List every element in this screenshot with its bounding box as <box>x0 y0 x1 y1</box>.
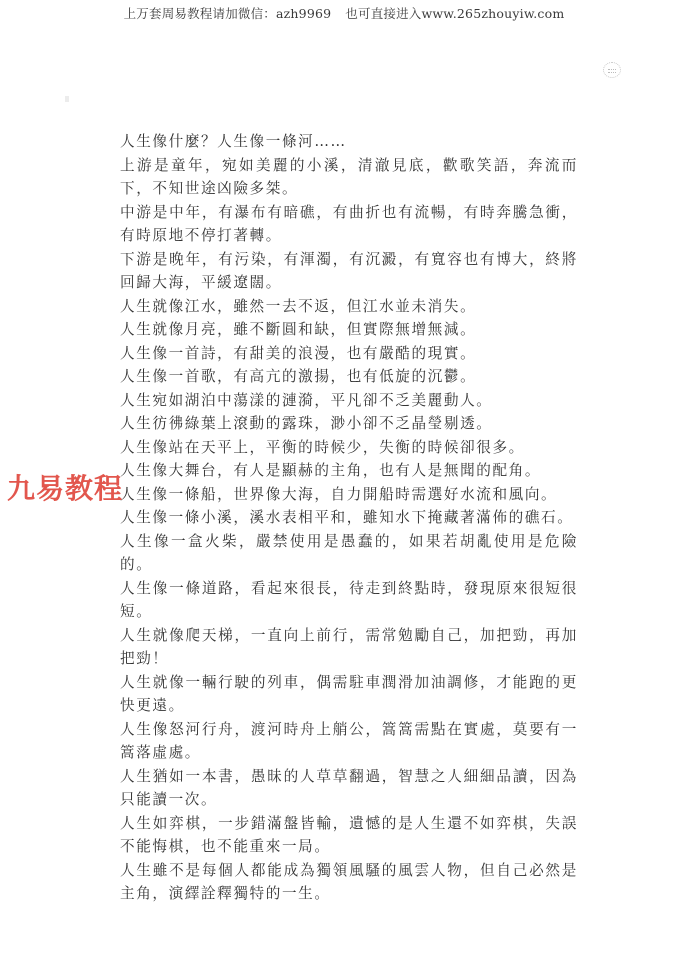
document-body: 人生像什麼？人生像一條河…… 上游是童年，宛如美麗的小溪，清澈見底，歡歌笑語，奔… <box>120 130 578 906</box>
paragraph: 人生就像江水，雖然一去不返，但江水並未消失。 <box>120 295 578 319</box>
paragraph: 人生彷彿綠葉上滾動的露珠，渺小卻不乏晶瑩剔透。 <box>120 412 578 436</box>
paragraph: 人生就像一輛行駛的列車，偶需駐車潤滑加油調修，才能跑的更快更遠。 <box>120 671 578 718</box>
paragraph: 人生猶如一本書，愚昧的人草草翻過，智慧之人細細品讀，因為只能讀一次。 <box>120 765 578 812</box>
paragraph: 人生宛如湖泊中蕩漾的漣漪，平凡卻不乏美麗動人。 <box>120 389 578 413</box>
paragraph: 中游是中年，有瀑布有暗礁，有曲折也有流暢，有時奔騰急衝，有時原地不停打著轉。 <box>120 201 578 248</box>
paragraph: 人生像怒河行舟，渡河時舟上艄公，篙篙需點在實處，莫要有一篙落虛處。 <box>120 718 578 765</box>
paragraph: 人生像一首歌，有高亢的激揚，也有低旋的沉鬱。 <box>120 365 578 389</box>
paragraph: 人生雖不是每個人都能成為獨領風騷的風雲人物，但自己必然是主角，演繹詮釋獨特的一生… <box>120 859 578 906</box>
paragraph: 人生像大舞台，有人是顯赫的主角，也有人是無聞的配角。 <box>120 459 578 483</box>
promo-website-link[interactable]: 也可直接进入www.265zhouyiw.com <box>345 6 564 21</box>
paragraph: 人生像站在天平上，平衡的時候少，失衡的時候卻很多。 <box>120 436 578 460</box>
watermark-logo: 九易教程 <box>7 473 123 505</box>
scan-artifact <box>65 96 69 102</box>
seal-stamp-icon <box>603 62 621 78</box>
paragraph: 下游是晚年，有污染，有渾濁，有沉澱，有寬容也有博大，終將回歸大海，平緩遼闊。 <box>120 248 578 295</box>
paragraph: 人生就像月亮，雖不斷圓和缺，但實際無增無減。 <box>120 318 578 342</box>
paragraph: 人生像一首詩，有甜美的浪漫，也有嚴酷的現實。 <box>120 342 578 366</box>
paragraph: 人生像一盒火柴，嚴禁使用是愚蠢的，如果若胡亂使用是危險的。 <box>120 530 578 577</box>
paragraph: 人生如弈棋，一步錯滿盤皆輸，遺憾的是人生還不如弈棋，失誤不能悔棋，也不能重來一局… <box>120 812 578 859</box>
promo-wechat-text: 上万套周易教程请加微信：azh9969 <box>124 6 332 21</box>
header-promo-banner: 上万套周易教程请加微信：azh9969也可直接进入www.265zhouyiw.… <box>0 4 688 22</box>
paragraph-title: 人生像什麼？人生像一條河…… <box>120 130 578 154</box>
paragraph: 人生像一條船，世界像大海，自力開船時需選好水流和風向。 <box>120 483 578 507</box>
paragraph: 人生像一條道路，看起來很長，待走到終點時，發現原來很短很短。 <box>120 577 578 624</box>
paragraph: 人生像一條小溪，溪水表相平和，雖知水下掩藏著滿佈的礁石。 <box>120 506 578 530</box>
paragraph: 上游是童年，宛如美麗的小溪，清澈見底，歡歌笑語，奔流而下，不知世途凶險多桀。 <box>120 154 578 201</box>
paragraph: 人生就像爬天梯，一直向上前行，需常勉勵自己，加把勁，再加把勁！ <box>120 624 578 671</box>
